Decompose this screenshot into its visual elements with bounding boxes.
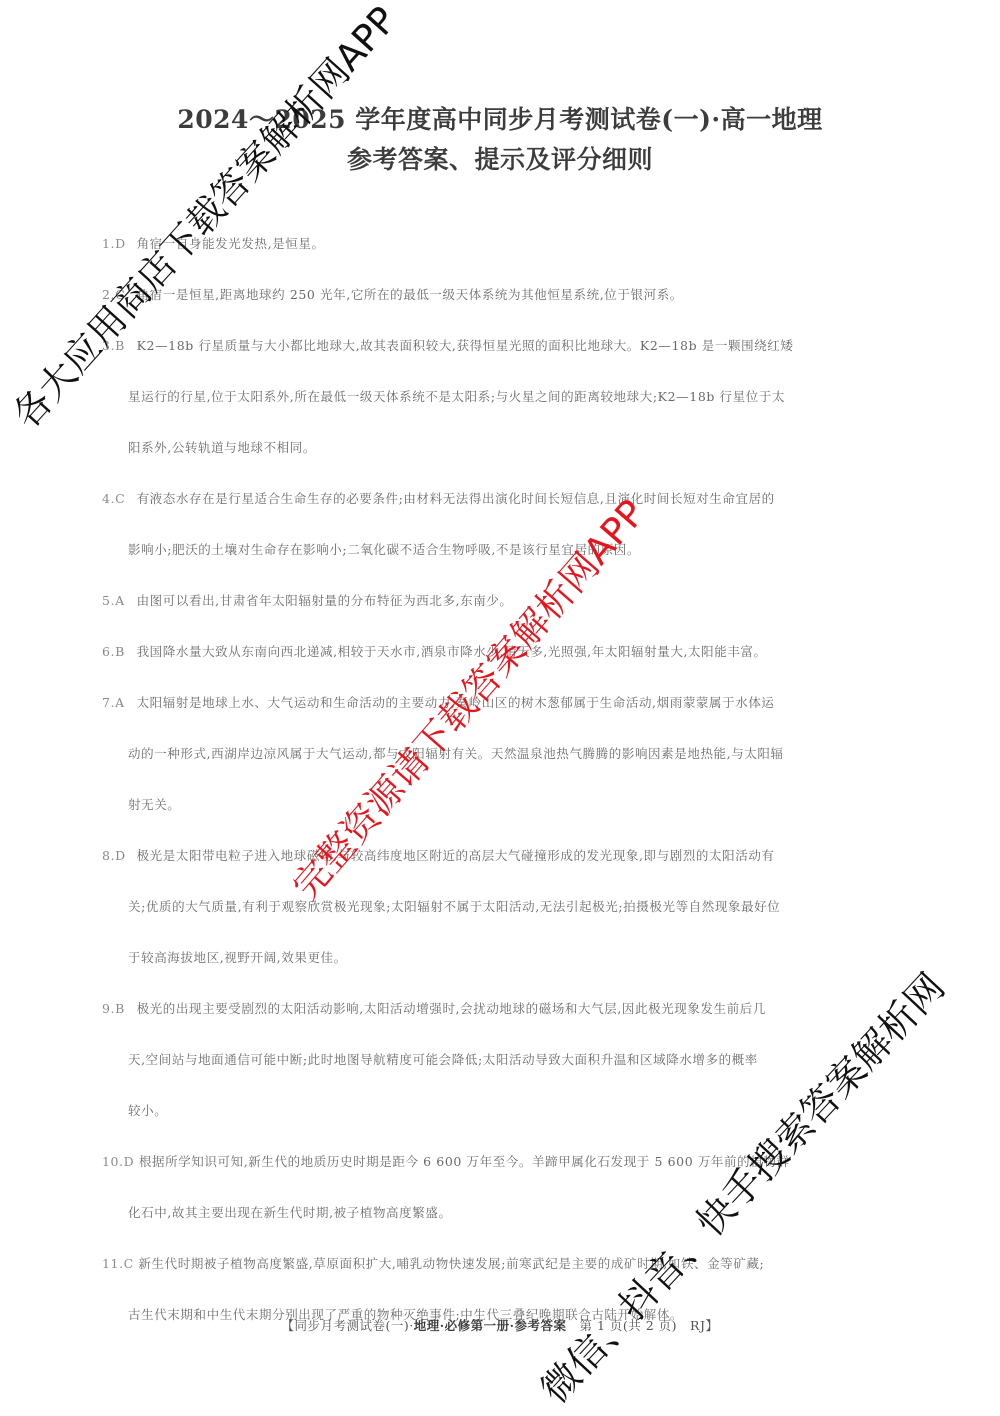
answer-text: 根据所学知识可知,新生代的地质历史时期是距今 6 600 万年至今。羊蹄甲属化石… bbox=[139, 1154, 790, 1169]
answer-text: 射无关。 bbox=[102, 779, 902, 830]
answer-text: 极光的出现主要受剧烈的太阳活动影响,太阳活动增强时,会扰动地球的磁场和大气层,因… bbox=[137, 1001, 766, 1016]
answer-item-2: 2.C 角宿一是恒星,距离地球约 250 光年,它所在的最低一级天体系统为其他恒… bbox=[102, 269, 902, 320]
answer-text: 极光是太阳带电粒子进入地球磁场,与较高纬度地区附近的高层大气碰撞形成的发光现象,… bbox=[137, 848, 775, 863]
answer-text: 角宿一是恒星,距离地球约 250 光年,它所在的最低一级天体系统为其他恒星系统,… bbox=[137, 287, 683, 302]
answer-item-10: 10.D 根据所学知识可知,新生代的地质历史时期是距今 6 600 万年至今。羊… bbox=[102, 1136, 902, 1238]
answer-item-5: 5.A 由图可以看出,甘肃省年太阳辐射量的分布特征为西北多,东南少。 bbox=[102, 575, 902, 626]
answer-item-9: 9.B 极光的出现主要受剧烈的太阳活动影响,太阳活动增强时,会扰动地球的磁场和大… bbox=[102, 983, 902, 1136]
answer-text: 太阳辐射是地球上水、大气运动和生命活动的主要动力,秦岭山区的树木葱郁属于生命活动… bbox=[137, 695, 775, 710]
footer-series: 【同步月考测试卷(一)· bbox=[282, 1318, 414, 1333]
answer-number: 10.D bbox=[102, 1136, 134, 1187]
answer-number: 2.C bbox=[102, 269, 132, 320]
document-title: 2024～2025 学年度高中同步月考测试卷(一)·高一地理 bbox=[0, 100, 1000, 136]
answer-item-1: 1.D 角宿一自身能发光发热,是恒星。 bbox=[102, 218, 902, 269]
answer-item-7: 7.A 太阳辐射是地球上水、大气运动和生命活动的主要动力,秦岭山区的树木葱郁属于… bbox=[102, 677, 902, 830]
answer-item-6: 6.B 我国降水量大致从东南向西北递减,相较于天水市,酒泉市降水少,晴天多,光照… bbox=[102, 626, 902, 677]
answer-number: 6.B bbox=[102, 626, 132, 677]
answer-number: 7.A bbox=[102, 677, 132, 728]
answer-text: 天,空间站与地面通信可能中断;此时地图导航精度可能会降低;太阳活动导致大面积升温… bbox=[102, 1034, 902, 1085]
page-footer: 【同步月考测试卷(一)·地理·必修第一册·参考答案 第 1 页(共 2 页) R… bbox=[0, 1316, 1000, 1334]
answer-item-3: 3.B K2—18b 行星质量与大小都比地球大,故其表面积较大,获得恒星光照的面… bbox=[102, 320, 902, 473]
document-subtitle: 参考答案、提示及评分细则 bbox=[0, 140, 1000, 176]
answer-number: 4.C bbox=[102, 473, 132, 524]
answer-text: 新生代时期被子植物高度繁盛,草原面积扩大,哺乳动物快速发展;前寒武纪是主要的成矿… bbox=[138, 1256, 764, 1271]
footer-page-number: 第 1 页(共 2 页) RJ】 bbox=[579, 1318, 718, 1333]
answer-text: 星运行的行星,位于太阳系外,所在最低一级天体系统不是太阳系;与火星之间的距离较地… bbox=[102, 371, 902, 422]
answer-text: 有液态水存在是行星适合生命生存的必要条件;由材料无法得出演化时间长短信息,且演化… bbox=[137, 491, 775, 506]
answer-text: 阳系外,公转轨道与地球不相同。 bbox=[102, 422, 902, 473]
answer-text: 由图可以看出,甘肃省年太阳辐射量的分布特征为西北多,东南少。 bbox=[137, 593, 513, 608]
answer-key-page: 2024～2025 学年度高中同步月考测试卷(一)·高一地理 参考答案、提示及评… bbox=[0, 0, 1000, 1416]
answer-number: 11.C bbox=[102, 1238, 134, 1289]
answer-number: 1.D bbox=[102, 218, 132, 269]
answer-item-8: 8.D 极光是太阳带电粒子进入地球磁场,与较高纬度地区附近的高层大气碰撞形成的发… bbox=[102, 830, 902, 983]
answer-number: 8.D bbox=[102, 830, 132, 881]
answer-number: 3.B bbox=[102, 320, 132, 371]
answer-text: K2—18b 行星质量与大小都比地球大,故其表面积较大,获得恒星光照的面积比地球… bbox=[137, 338, 794, 353]
answer-text: 角宿一自身能发光发热,是恒星。 bbox=[137, 236, 325, 251]
answer-text: 化石中,故其主要出现在新生代时期,被子植物高度繁盛。 bbox=[102, 1187, 902, 1238]
footer-subject: 地理·必修第一册·参考答案 bbox=[414, 1318, 567, 1333]
answer-text: 动的一种形式,西湖岸边凉风属于大气运动,都与太阳辐射有关。天然温泉池热气腾腾的影… bbox=[102, 728, 902, 779]
answer-number: 5.A bbox=[102, 575, 132, 626]
answer-item-4: 4.C 有液态水存在是行星适合生命生存的必要条件;由材料无法得出演化时间长短信息… bbox=[102, 473, 902, 575]
answer-text: 较小。 bbox=[102, 1085, 902, 1136]
answer-text: 关;优质的大气质量,有利于观察欣赏极光现象;太阳辐射不属于太阳活动,无法引起极光… bbox=[102, 881, 902, 932]
answer-number: 9.B bbox=[102, 983, 132, 1034]
answer-list: 1.D 角宿一自身能发光发热,是恒星。 2.C 角宿一是恒星,距离地球约 250… bbox=[102, 218, 902, 1340]
answer-text: 我国降水量大致从东南向西北递减,相较于天水市,酒泉市降水少,晴天多,光照强,年太… bbox=[137, 644, 767, 659]
answer-text: 于较高海拔地区,视野开阔,效果更佳。 bbox=[102, 932, 902, 983]
answer-text: 影响小;肥沃的土壤对生命存在影响小;二氧化碳不适合生物呼吸,不是该行星宜居的原因… bbox=[102, 524, 902, 575]
